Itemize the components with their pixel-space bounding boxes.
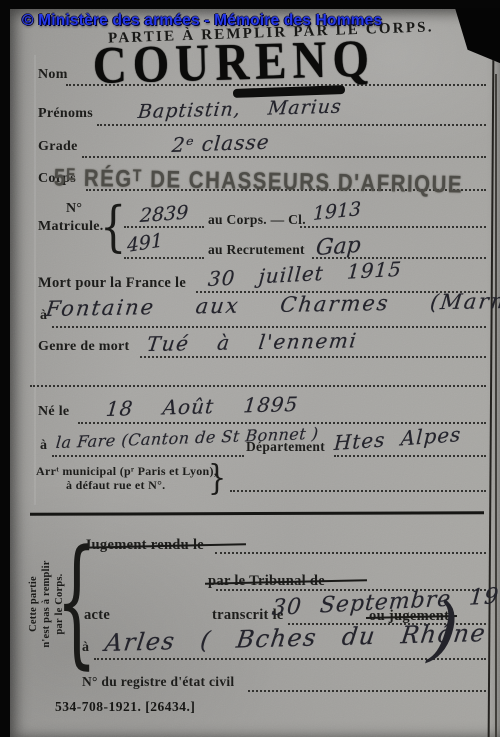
sidebar-note-line2: n'est pas à remplir — [40, 534, 53, 674]
mort-lieu-leader — [52, 326, 486, 328]
genre-mort-label: Genre de mort — [38, 339, 130, 355]
arrt-brace: } — [208, 462, 226, 497]
record-card-scan: © Ministère des armées - Mémoire des Hom… — [0, 0, 500, 737]
au-recrutement-label: au Recrutement — [208, 242, 305, 258]
mort-label: Mort pour la France le — [38, 275, 186, 292]
registre-leader — [248, 690, 486, 692]
classe-leader — [300, 226, 486, 228]
paper-crease — [34, 55, 36, 505]
nom-leader — [66, 84, 486, 86]
grade-leader — [82, 156, 486, 158]
genre-mort-leader — [140, 356, 486, 358]
arrt-label-line2: à défaut rue et N°. — [66, 478, 165, 493]
ne-a-label: à — [40, 438, 47, 454]
grade-value: 2ᵉ classe — [171, 130, 271, 157]
ne-le-value: 18 Août 1895 — [105, 392, 300, 421]
acte-label: acte — [84, 607, 110, 624]
matricule-brace: { — [100, 199, 126, 253]
matricule-label: Matricule. — [38, 219, 104, 235]
registre-label: N° du registre d'état civil — [82, 674, 234, 690]
ne-a-leader — [52, 455, 244, 457]
card-edge-line-2 — [495, 74, 497, 737]
jugement-label: Jugement rendu le — [84, 537, 204, 554]
prenoms-leader — [97, 124, 486, 126]
matricule-corps-value: 2839 — [139, 202, 188, 228]
prenoms-label: Prénoms — [38, 106, 93, 122]
genre-mort-value: Tué à l'ennemi — [146, 328, 359, 356]
matricule-corps-leader — [124, 226, 204, 228]
arrt-label-line1: Arrᵗ municipal (pʳ Paris et Lyon), — [36, 464, 217, 479]
imprint-reference: 534-708-1921. [26434.] — [55, 699, 195, 715]
empty-dotted-line — [30, 385, 486, 387]
au-corps-label: au Corps. — Cl. — [208, 212, 306, 228]
departement-leader — [334, 455, 486, 457]
arrt-leader — [230, 490, 486, 492]
matricule-label-no: N° — [66, 201, 82, 217]
ne-le-label: Né le — [38, 404, 69, 420]
jugement-leader — [215, 552, 486, 554]
matricule-recr-leader — [124, 257, 204, 259]
transcrit-a-label: à — [82, 640, 89, 656]
recrutement-value: Gap — [315, 233, 361, 261]
sidebar-note-line1: Cette partie — [27, 534, 40, 674]
tribunal-label: par le Tribunal de — [208, 573, 325, 590]
nom-label: Nom — [38, 67, 68, 83]
grade-label: Grade — [38, 139, 78, 155]
